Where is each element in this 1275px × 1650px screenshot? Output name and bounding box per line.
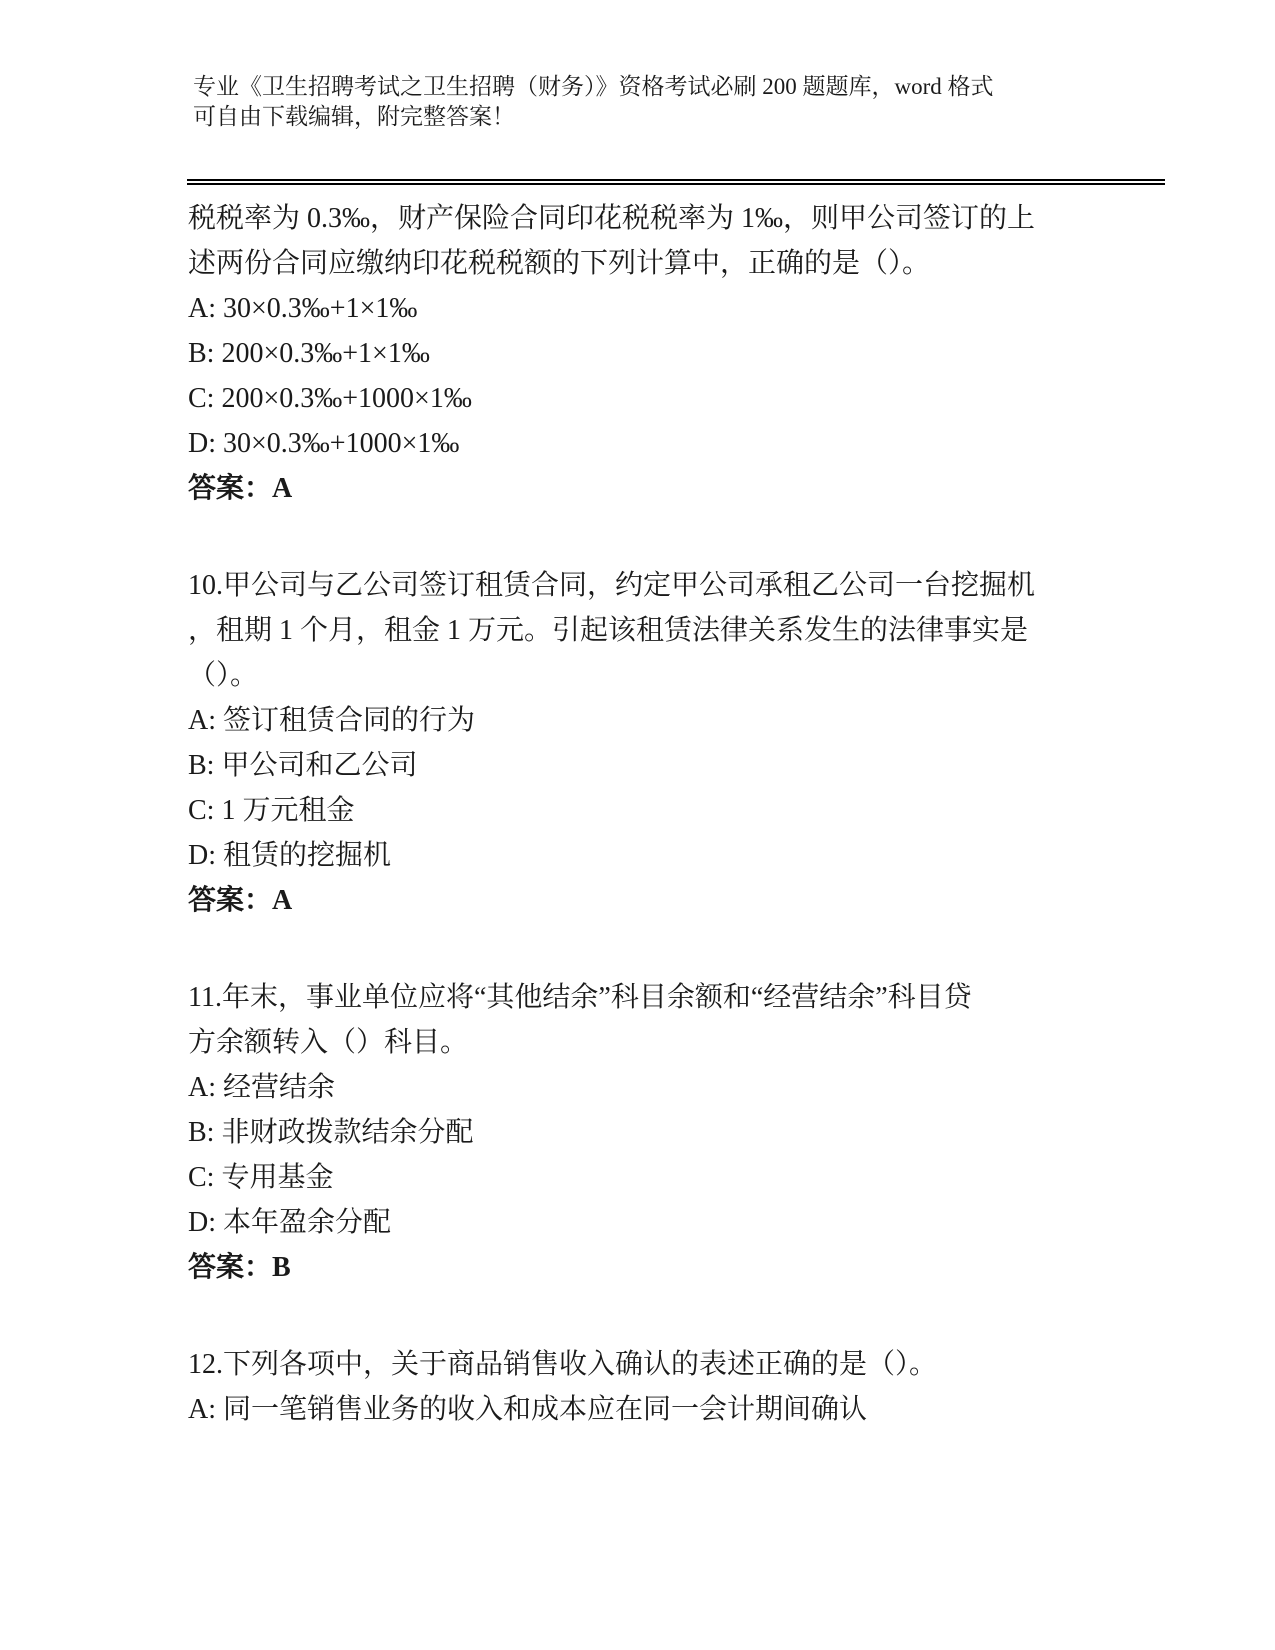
option-line: D: 30×0.3‰+1000×1‰ (188, 421, 1168, 466)
document-page: 专业《卫生招聘考试之卫生招聘（财务）》资格考试必刷 200 题题库，word 格… (0, 0, 1275, 1650)
option-line: A: 同一笔销售业务的收入和成本应在同一会计期间确认 (188, 1387, 1168, 1432)
option-line: D: 本年盈余分配 (188, 1200, 1168, 1245)
option-line: B: 甲公司和乙公司 (188, 743, 1168, 788)
question-text-line: 述两份合同应缴纳印花税税额的下列计算中，正确的是（）。 (188, 241, 1168, 286)
question-text-line: 12.下列各项中，关于商品销售收入确认的表述正确的是（）。 (188, 1342, 1168, 1387)
option-line: C: 1 万元租金 (188, 788, 1168, 833)
question-11: 11.年末，事业单位应将“其他结余”科目余额和“经营结余”科目贷方余额转入（）科… (188, 975, 1168, 1290)
question-text-line: ，租期 1 个月，租金 1 万元。引起该租赁法律关系发生的法律事实是 (188, 608, 1168, 653)
option-line: A: 经营结余 (188, 1065, 1168, 1110)
answer-line: 答案：B (188, 1245, 1168, 1290)
answer-line: 答案：A (188, 878, 1168, 923)
question-text-line: 方余额转入（）科目。 (188, 1020, 1168, 1065)
header-title-line-1: 专业《卫生招聘考试之卫生招聘（财务）》资格考试必刷 200 题题库，word 格… (193, 72, 994, 102)
option-line: A: 签订租赁合同的行为 (188, 698, 1168, 743)
question-text-line: 10.甲公司与乙公司签订租赁合同，约定甲公司承租乙公司一台挖掘机 (188, 563, 1168, 608)
option-line: C: 200×0.3‰+1000×1‰ (188, 376, 1168, 421)
option-line: C: 专用基金 (188, 1155, 1168, 1200)
option-line: B: 非财政拨款结余分配 (188, 1110, 1168, 1155)
question-9-tail: 税税率为 0.3‰，财产保险合同印花税税率为 1‰，则甲公司签订的上述两份合同应… (188, 196, 1168, 511)
header-title-line-2: 可自由下载编辑，附完整答案！ (193, 102, 994, 132)
answer-line: 答案：A (188, 466, 1168, 511)
option-line: A: 30×0.3‰+1×1‰ (188, 286, 1168, 331)
question-text-line: 税税率为 0.3‰，财产保险合同印花税税率为 1‰，则甲公司签订的上 (188, 196, 1168, 241)
header-divider-rule (187, 179, 1165, 185)
question-text-line: 11.年末，事业单位应将“其他结余”科目余额和“经营结余”科目贷 (188, 975, 1168, 1020)
question-12: 12.下列各项中，关于商品销售收入确认的表述正确的是（）。A: 同一笔销售业务的… (188, 1342, 1168, 1432)
option-line: D: 租赁的挖掘机 (188, 833, 1168, 878)
question-10: 10.甲公司与乙公司签订租赁合同，约定甲公司承租乙公司一台挖掘机，租期 1 个月… (188, 563, 1168, 923)
page-header: 专业《卫生招聘考试之卫生招聘（财务）》资格考试必刷 200 题题库，word 格… (193, 72, 994, 132)
option-line: B: 200×0.3‰+1×1‰ (188, 331, 1168, 376)
document-body: 税税率为 0.3‰，财产保险合同印花税税率为 1‰，则甲公司签订的上述两份合同应… (188, 196, 1168, 1484)
question-text-line: （）。 (188, 653, 1168, 698)
